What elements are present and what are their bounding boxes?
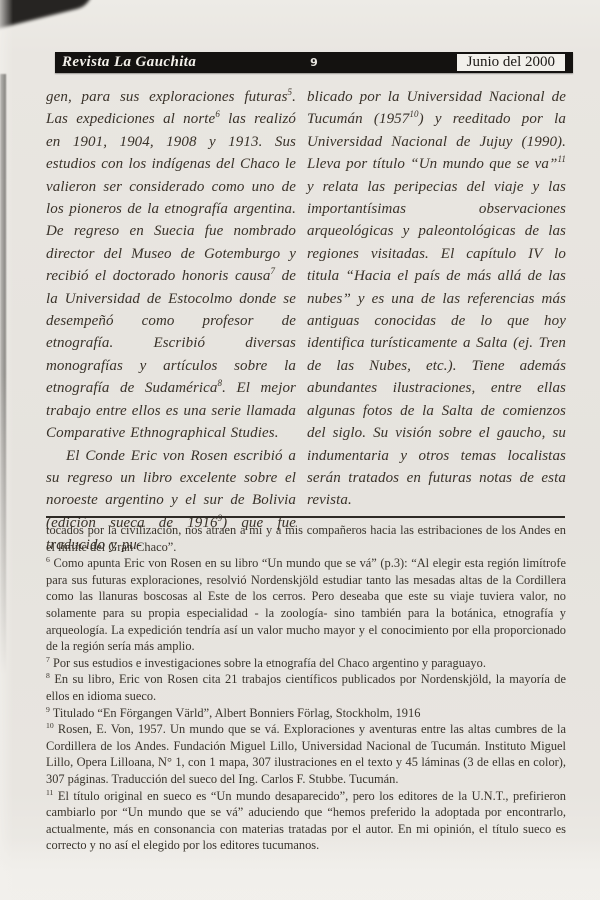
footnotes-section: tocados por la civilización, nos atraen … [46, 522, 566, 854]
footnote-10: 10 Rosen, E. Von, 1957. Un mundo que se … [46, 721, 566, 787]
scan-corner-smudge [0, 0, 97, 35]
body-left-column: gen, para sus exploraciones futuras5. La… [46, 86, 296, 557]
body-paragraph: blicado por la Universidad Nacional de T… [307, 86, 566, 512]
magazine-title: Revista La Gauchita [62, 53, 196, 72]
header-bar: Revista La Gauchita 9 Junio del 2000 [55, 52, 573, 73]
footnote-separator-rule [46, 516, 565, 518]
footnote-11: 11 El título original en sueco es “Un mu… [46, 788, 566, 854]
body-paragraph: gen, para sus exploraciones futuras5. La… [46, 86, 296, 445]
footnote-7: 7 Por sus estudios e investigaciones sob… [46, 655, 566, 672]
scanned-magazine-page: Revista La Gauchita 9 Junio del 2000 gen… [0, 0, 600, 900]
sheet-edge-left [0, 0, 13, 900]
page-number: 9 [310, 56, 318, 69]
footnote-5-continuation: tocados por la civilización, nos atraen … [46, 522, 566, 555]
issue-date: Junio del 2000 [457, 54, 565, 71]
footnote-6: 6 Como apunta Eric von Rosen en su libro… [46, 555, 566, 655]
body-right-column: blicado por la Universidad Nacional de T… [307, 86, 566, 512]
footnote-8: 8 En su libro, Eric von Rosen cita 21 tr… [46, 671, 566, 704]
footnote-9: 9 Titulado “En Förgangen Värld”, Albert … [46, 705, 566, 722]
